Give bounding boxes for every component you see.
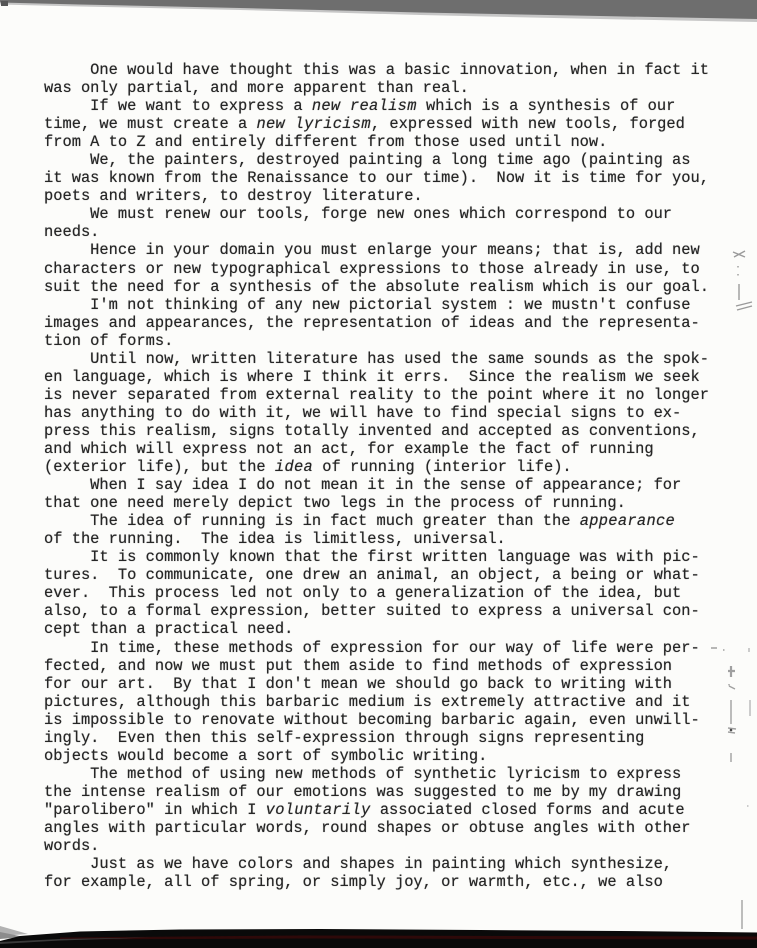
text-line: the intense realism of our emotions was … <box>44 783 734 801</box>
text-line: We, the painters, destroyed painting a l… <box>44 151 734 169</box>
text-line: that one need merely depict two legs in … <box>44 494 734 512</box>
text-line: suit the need for a synthesis of the abs… <box>44 278 734 296</box>
scan-edge-bottom <box>0 892 757 948</box>
text-line: was only partial, and more apparent than… <box>44 79 734 97</box>
text-line: needs. <box>44 223 734 241</box>
scan-edge-top <box>0 0 757 26</box>
text-line: The method of using new methods of synth… <box>44 765 734 783</box>
text-line: and which will express not an act, for e… <box>44 440 734 458</box>
text-line: objects would become a sort of symbolic … <box>44 747 734 765</box>
text-line: has anything to do with it, we will have… <box>44 404 734 422</box>
text-line: One would have thought this was a basic … <box>44 61 734 79</box>
text-line: If we want to express a new realism whic… <box>44 97 734 115</box>
scanned-page: One would have thought this was a basic … <box>0 0 757 948</box>
text-line: "parolibero" in which I voluntarily asso… <box>44 801 734 819</box>
text-line: cept than a practical need. <box>44 620 734 638</box>
text-line: is never separated from external reality… <box>44 386 734 404</box>
text-line: from A to Z and entirely different from … <box>44 133 734 151</box>
text-line: When I say idea I do not mean it in the … <box>44 476 734 494</box>
text-line: for example, all of spring, or simply jo… <box>44 873 734 891</box>
text-line: fected, and now we must put them aside t… <box>44 657 734 675</box>
document-text: One would have thought this was a basic … <box>44 61 734 891</box>
text-line: I'm not thinking of any new pictorial sy… <box>44 296 734 314</box>
text-line: (exterior life), but the idea of running… <box>44 458 734 476</box>
text-line: Just as we have colors and shapes in pai… <box>44 855 734 873</box>
text-line: angles with particular words, round shap… <box>44 819 734 837</box>
text-line: pictures, although this barbaric medium … <box>44 693 734 711</box>
text-line: tion of forms. <box>44 332 734 350</box>
text-line: poets and writers, to destroy literature… <box>44 187 734 205</box>
text-line: It is commonly known that the first writ… <box>44 548 734 566</box>
text-line: also, to a formal expression, better sui… <box>44 602 734 620</box>
text-line: Hence in your domain you must enlarge yo… <box>44 241 734 259</box>
text-line: The idea of running is in fact much grea… <box>44 512 734 530</box>
text-line: press this realism, signs totally invent… <box>44 422 734 440</box>
text-line: tures. To communicate, one drew an anima… <box>44 566 734 584</box>
text-line: ever. This process led not only to a gen… <box>44 584 734 602</box>
text-line: time, we must create a new lyricism, exp… <box>44 115 734 133</box>
text-line: for our art. By that I don't mean we sho… <box>44 675 734 693</box>
text-line: We must renew our tools, forge new ones … <box>44 205 734 223</box>
text-line: of the running. The idea is limitless, u… <box>44 530 734 548</box>
text-line: en language, which is where I think it e… <box>44 368 734 386</box>
text-line: it was known from the Renaissance to our… <box>44 169 734 187</box>
pencil-mark-bottom-right <box>738 898 750 932</box>
text-line: ingly. Even then this self-expression th… <box>44 729 734 747</box>
text-line: is impossible to renovate without becomi… <box>44 711 734 729</box>
text-line: words. <box>44 837 734 855</box>
text-line: images and appearances, the representati… <box>44 314 734 332</box>
text-line: Until now, written literature has used t… <box>44 350 734 368</box>
text-line: characters or new typographical expressi… <box>44 260 734 278</box>
text-line: In time, these methods of expression for… <box>44 639 734 657</box>
